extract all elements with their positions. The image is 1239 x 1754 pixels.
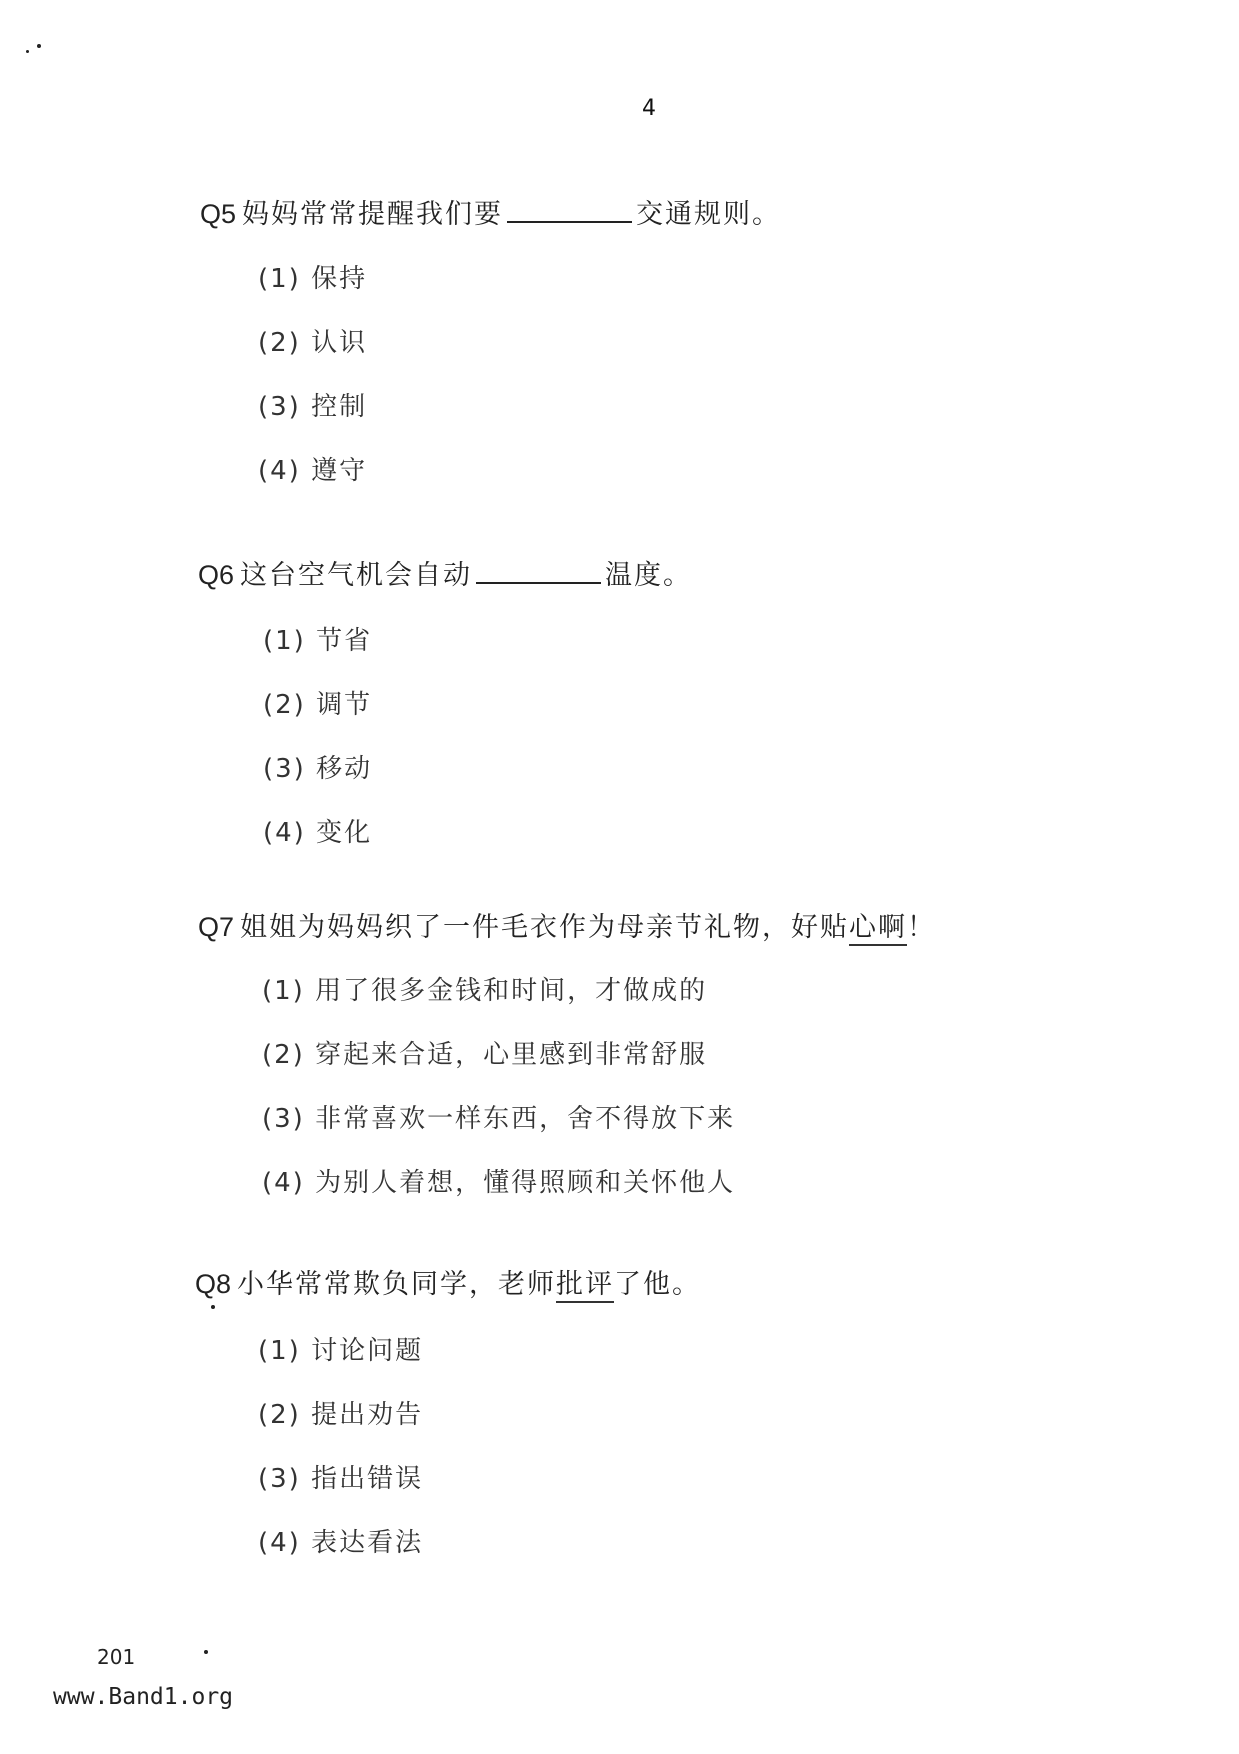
option-q8-4[interactable]: (4) 表达看法 xyxy=(258,1522,423,1559)
answer-blank xyxy=(507,199,632,223)
scan-speck xyxy=(211,1305,215,1309)
option-q7-3[interactable]: (3) 非常喜欢一样东西，舍不得放下来 xyxy=(262,1098,735,1135)
answer-blank xyxy=(476,560,601,584)
option-q7-2[interactable]: (2) 穿起来合适，心里感到非常舒服 xyxy=(262,1034,707,1071)
option-q5-2[interactable]: (2) 认识 xyxy=(258,322,367,359)
question-q6: Q6这台空气机会自动温度。 xyxy=(198,553,692,592)
underlined-term: 批评 xyxy=(556,1269,614,1303)
option-q6-4[interactable]: (4) 变化 xyxy=(263,812,372,849)
underlined-term: 心啊 xyxy=(849,912,907,946)
scan-speck xyxy=(26,50,29,53)
question-text-after: 温度。 xyxy=(605,560,692,591)
option-q7-4[interactable]: (4) 为别人着想，懂得照顾和关怀他人 xyxy=(262,1162,735,1199)
question-text-after: 交通规则。 xyxy=(636,199,781,230)
question-q8: Q8小华常常欺负同学，老师批评了他。 xyxy=(195,1262,701,1301)
footer-code: 201 xyxy=(97,1645,135,1669)
question-id: Q8 xyxy=(195,1269,231,1299)
question-q5: Q5妈妈常常提醒我们要交通规则。 xyxy=(200,192,781,231)
question-text-before: 小华常常欺负同学，老师 xyxy=(237,1269,556,1300)
question-text-after: 了他。 xyxy=(614,1269,701,1300)
scan-speck xyxy=(37,44,41,48)
option-q5-4[interactable]: (4) 遵守 xyxy=(258,450,367,487)
option-q5-3[interactable]: (3) 控制 xyxy=(258,386,367,423)
question-id: Q6 xyxy=(198,560,234,590)
question-id: Q7 xyxy=(198,912,234,942)
option-q6-2[interactable]: (2) 调节 xyxy=(263,684,372,721)
option-q5-1[interactable]: (1) 保持 xyxy=(258,258,367,295)
question-text-after: ！ xyxy=(907,912,936,943)
option-q6-1[interactable]: (1) 节省 xyxy=(263,620,372,657)
question-q7: Q7姐姐为妈妈织了一件毛衣作为母亲节礼物，好贴心啊！ xyxy=(198,905,936,944)
option-q7-1[interactable]: (1) 用了很多金钱和时间，才做成的 xyxy=(262,970,707,1007)
question-text-before: 姐姐为妈妈织了一件毛衣作为母亲节礼物，好贴 xyxy=(240,912,849,943)
option-q8-3[interactable]: (3) 指出错误 xyxy=(258,1458,423,1495)
question-id: Q5 xyxy=(200,199,236,229)
scan-speck xyxy=(204,1650,208,1654)
question-text-before: 这台空气机会自动 xyxy=(240,560,472,591)
option-q8-1[interactable]: (1) 讨论问题 xyxy=(258,1330,423,1367)
page-number: 4 xyxy=(642,96,656,121)
option-q8-2[interactable]: (2) 提出劝告 xyxy=(258,1394,423,1431)
option-q6-3[interactable]: (3) 移动 xyxy=(263,748,372,785)
footer-url: www.Band1.org xyxy=(53,1684,233,1710)
question-text-before: 妈妈常常提醒我们要 xyxy=(242,199,503,230)
